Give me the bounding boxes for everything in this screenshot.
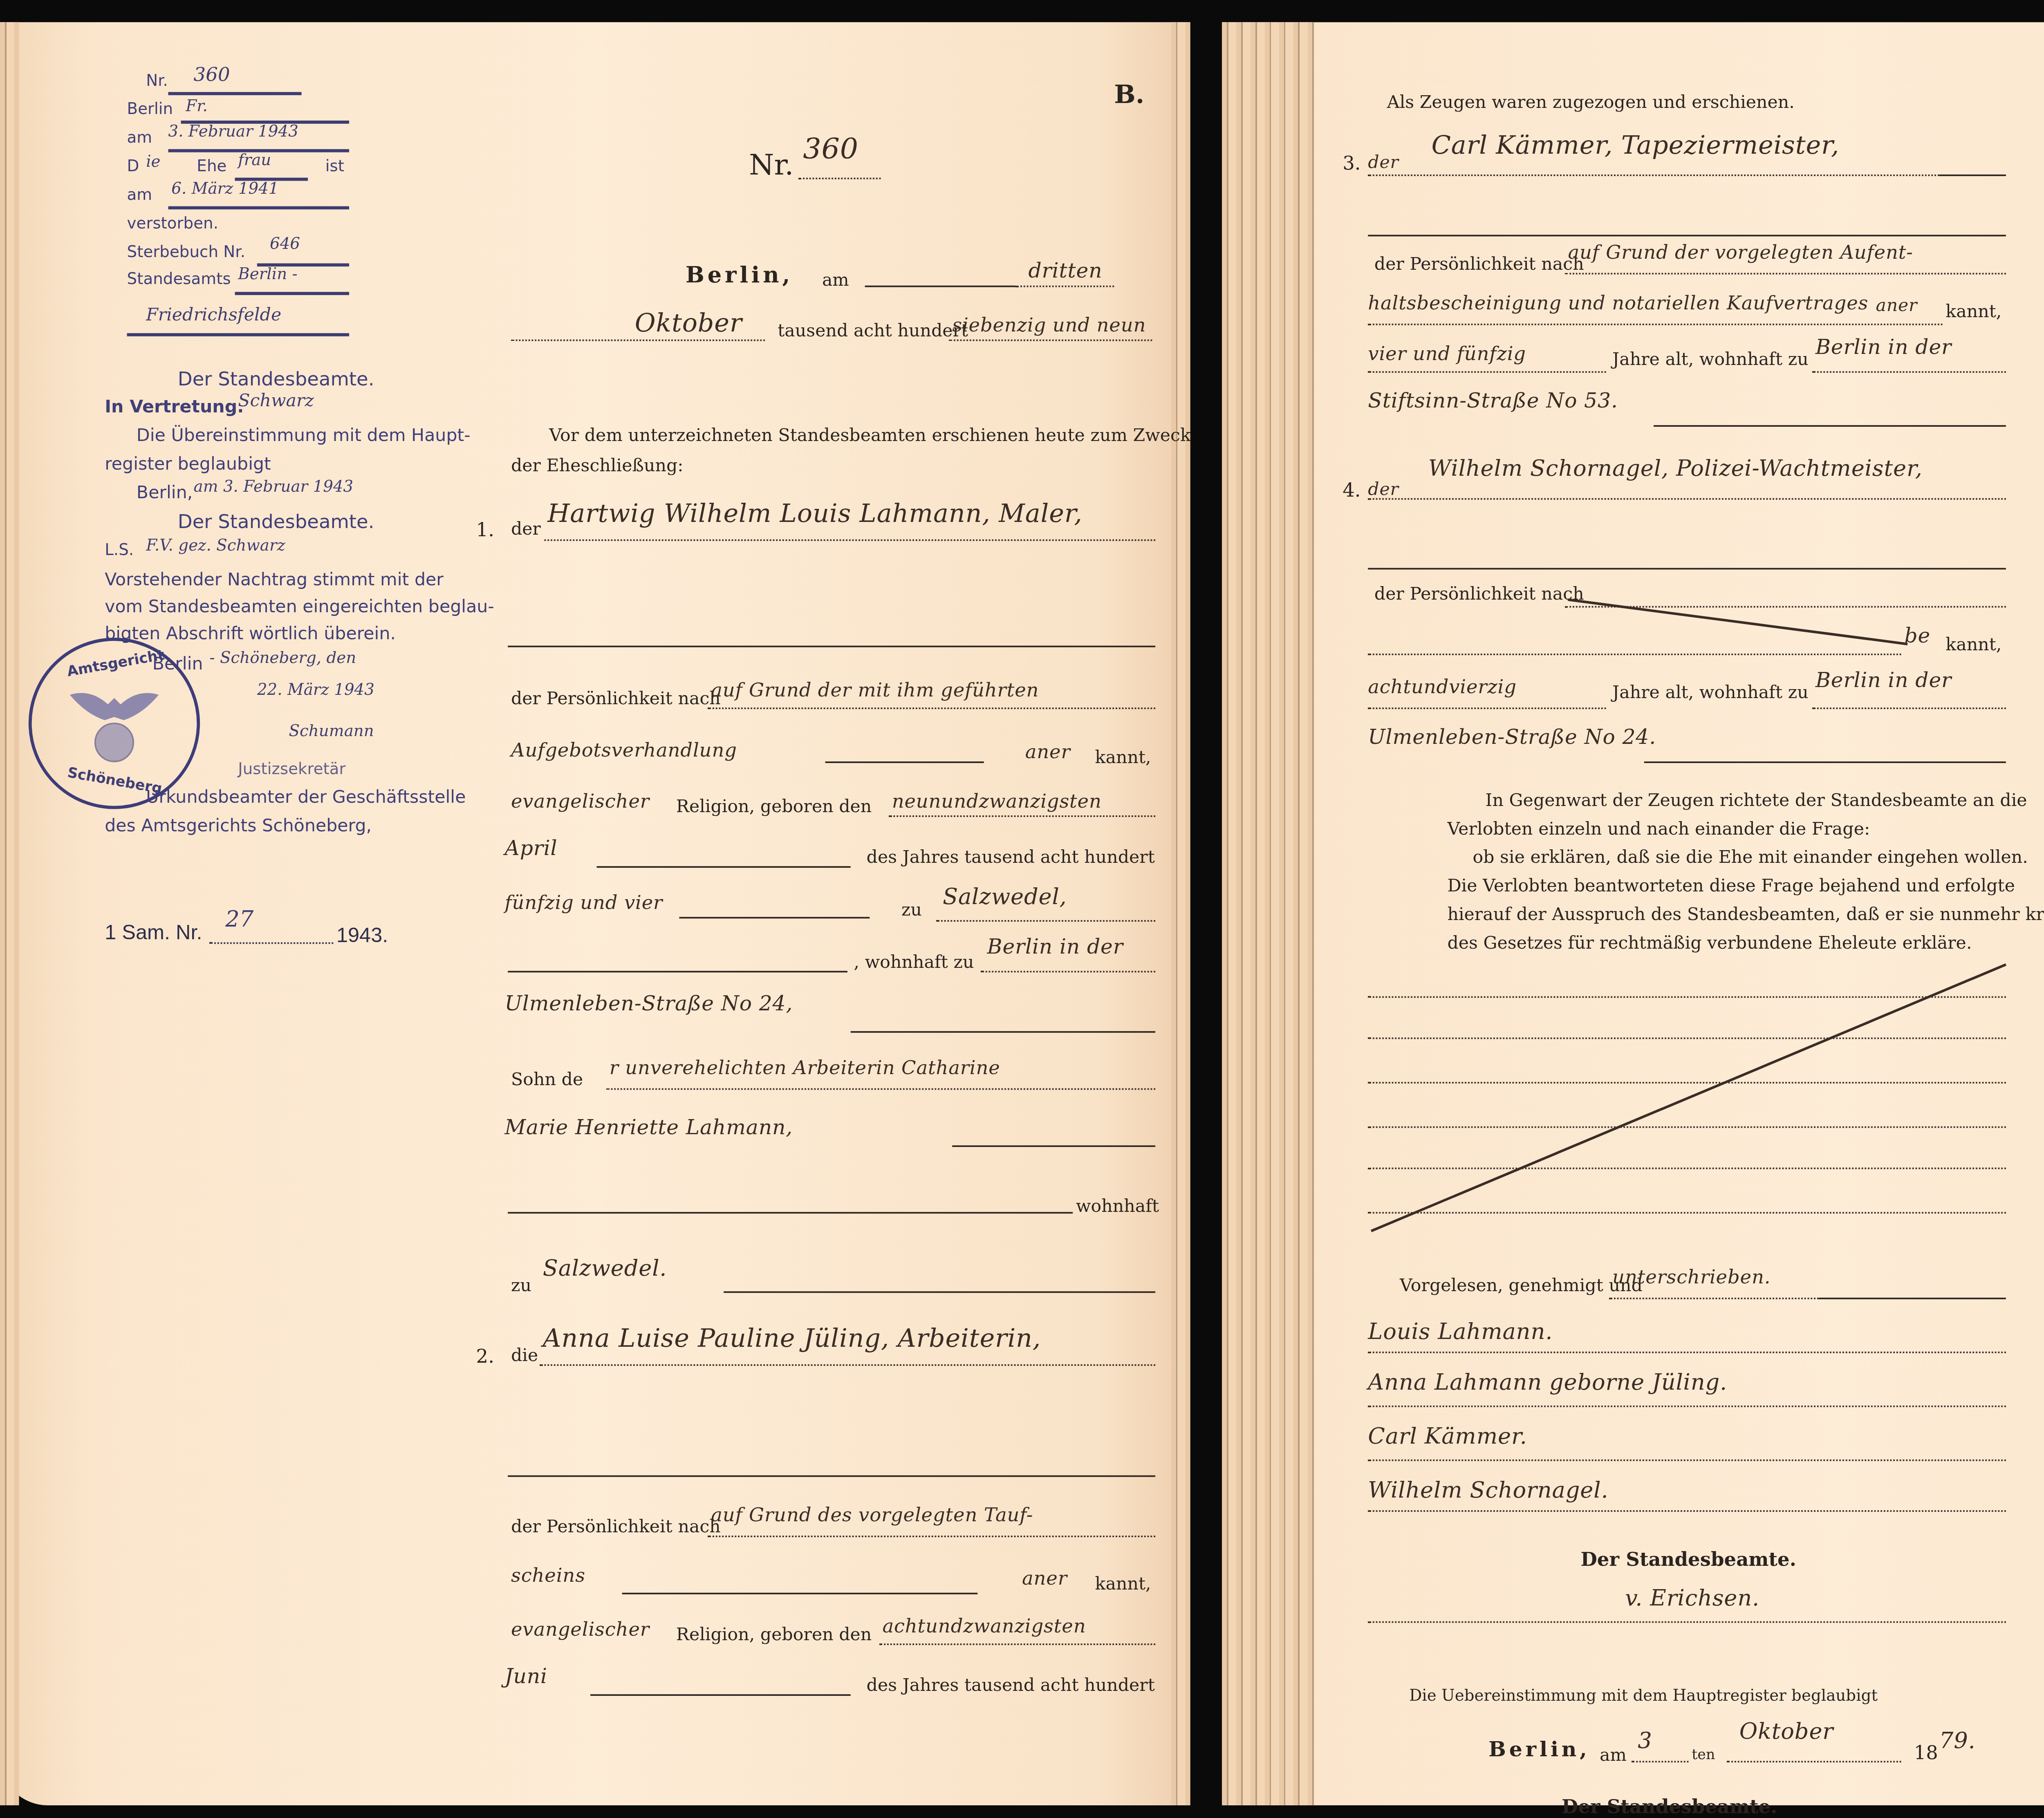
marriage-day-value: dritten xyxy=(1029,260,1103,284)
margin-ehe-label: Ehe xyxy=(197,159,226,176)
margin-nr-value: 360 xyxy=(194,63,230,85)
marriage-month-value: Oktober xyxy=(635,308,742,338)
groom-name: Hartwig Wilhelm Louis Lahmann, Maler, xyxy=(547,498,1083,528)
margin-vertretung-label: In Vertretung. xyxy=(105,396,244,417)
groom-religion-label: Religion, geboren den xyxy=(676,796,872,817)
registrar-heading-2: Der Standesbeamte. xyxy=(1562,1796,1777,1818)
margin-standesamts-district: Friedrichsfelde xyxy=(146,304,281,325)
witness-3-name: Carl Kämmer, Tapeziermeister, xyxy=(1432,130,1840,160)
groom-kannt-label: kannt, xyxy=(1095,747,1151,768)
bride-pers-value: auf Grund des vorgelegten Tauf- xyxy=(711,1504,1033,1526)
groom-pers-value2: Aufgebotsverhandlung xyxy=(511,739,737,761)
groom-parents-residence: Salzwedel. xyxy=(543,1256,667,1282)
bride-number: 2. xyxy=(476,1345,494,1367)
tausend-label: tausend acht hundert xyxy=(778,320,968,341)
bride-pers-value2: scheins xyxy=(511,1564,585,1586)
bride-kannt-prefix: aner xyxy=(1022,1567,1067,1590)
margin-nachtrag-line3: bigten Abschrift wörtlich überein. xyxy=(105,623,396,644)
margin-berlin-date-label: Berlin, xyxy=(137,482,193,503)
bride-pers-label: der Persönlichkeit nach xyxy=(511,1517,721,1537)
groom-residence-1: Berlin in der xyxy=(987,936,1123,960)
right-page-stack-edges xyxy=(1222,22,1314,1805)
left-gutter-edge xyxy=(1171,22,1190,1805)
margin-uebereinstimmung-line2: register beglaubigt xyxy=(105,454,271,474)
declaration-line2: Verlobten einzeln und nach einander die … xyxy=(1447,819,1870,839)
right-page: Als Zeugen waren zugezogen und erschiene… xyxy=(1222,22,2044,1805)
margin-die-value: ie xyxy=(146,154,160,171)
margin-vertretung-signature: Schwarz xyxy=(238,390,314,411)
vorgelesen-value: unterschrieben. xyxy=(1612,1266,1771,1288)
diagonal-strike-line xyxy=(1368,958,2012,1237)
signature-witness-4: Wilhelm Schornagel. xyxy=(1368,1478,1608,1504)
intro-line1: Vor dem unterzeichneten Standesbeamten e… xyxy=(549,425,1191,446)
left-page: Nr. 360 Berlin Fr. am 3. Februar 1943 D … xyxy=(0,22,1190,1805)
record-nr-value: 360 xyxy=(803,133,858,167)
sam-nr-year: 1943. xyxy=(336,923,388,947)
section-letter: B. xyxy=(1114,79,1144,110)
witness-4-pers-label: der Persönlichkeit nach xyxy=(1374,584,1584,604)
groom-birth-month: April xyxy=(504,837,557,861)
groom-jahres-label: des Jahres tausend acht hundert xyxy=(867,847,1155,868)
groom-birth-day: neunundzwanzigsten xyxy=(892,790,1102,812)
witness-4-jahre-label: Jahre alt, wohnhaft zu xyxy=(1612,682,1809,703)
declaration-line5: hierauf der Ausspruch des Standesbeamten… xyxy=(1447,904,2044,925)
bride-kannt-label: kannt, xyxy=(1095,1574,1151,1594)
groom-religion-value: evangelischer xyxy=(511,790,650,812)
signature-witness-3: Carl Kämmer. xyxy=(1368,1424,1527,1450)
margin-die-label: D xyxy=(127,159,139,176)
cert-berlin-label: Berlin, xyxy=(1488,1739,1590,1762)
witness-4-kannt-prefix: be xyxy=(1904,625,1930,649)
declaration-line4: Die Verlobten beantworteten diese Frage … xyxy=(1447,875,2015,896)
witness-3-pers-value2: haltsbescheinigung und notariellen Kaufv… xyxy=(1368,292,1868,314)
certification-text: Die Uebereinstimmung mit dem Hauptregist… xyxy=(1409,1688,1878,1706)
witness-3-pers-label: der Persönlichkeit nach xyxy=(1374,254,1584,274)
groom-pers-label: der Persönlichkeit nach xyxy=(511,688,721,709)
groom-parents-wohnhaft-label: wohnhaft xyxy=(1076,1196,1159,1217)
cert-month: Oktober xyxy=(1739,1719,1833,1745)
bride-religion-value: evangelischer xyxy=(511,1618,650,1640)
witness-4-number: 4. xyxy=(1342,479,1360,501)
declaration-line6: des Gesetzes für rechtmäßig verbundene E… xyxy=(1447,933,1972,953)
witness-3-number: 3. xyxy=(1342,152,1360,175)
berlin-label: Berlin, xyxy=(686,263,793,289)
cert-day: 3 xyxy=(1638,1729,1652,1755)
margin-standesbeamte-heading-2: Der Standesbeamte. xyxy=(178,511,374,533)
registrar-heading-1: Der Standesbeamte. xyxy=(1580,1548,1796,1570)
margin-am1-value: 3. Februar 1943 xyxy=(168,124,298,141)
groom-parents-zu-label: zu xyxy=(511,1276,531,1296)
cert-year-suffix: 79. xyxy=(1939,1729,1976,1755)
witness-4-age: achtundvierzig xyxy=(1368,676,1517,698)
declaration-line3: ob sie erklären, daß sie die Ehe mit ein… xyxy=(1472,847,2028,868)
court-seal-stamp: Amtsgericht Schöneberg xyxy=(29,638,200,809)
groom-birth-year: fünfzig und vier xyxy=(504,891,663,913)
sam-nr-label: 1 Sam. Nr. xyxy=(105,920,202,944)
witness-3-jahre-label: Jahre alt, wohnhaft zu xyxy=(1612,349,1809,369)
registrar-signature-1: v. Erichsen. xyxy=(1625,1586,1759,1612)
bride-birth-day: achtundzwanzigsten xyxy=(882,1615,1086,1637)
groom-residence-2: Ulmenleben-Straße No 24, xyxy=(504,993,793,1017)
margin-nachtrag-line1: Vorstehender Nachtrag stimmt mit der xyxy=(105,569,444,590)
witness-4-der: der xyxy=(1368,479,1399,499)
margin-sterbebuch-value: 646 xyxy=(270,236,300,254)
margin-sterbebuch-label: Sterbebuch Nr. xyxy=(127,244,246,262)
groom-parents-2: Marie Henriette Lahmann, xyxy=(504,1117,793,1140)
margin-berlin-date-value: am 3. Februar 1943 xyxy=(194,479,354,497)
witness-3-pers-value: auf Grund der vorgelegten Aufent- xyxy=(1568,241,1913,263)
groom-der: der xyxy=(511,519,541,539)
groom-kannt-prefix: aner xyxy=(1025,741,1071,763)
witnesses-heading: Als Zeugen waren zugezogen und erschiene… xyxy=(1387,92,1795,112)
bride-die: die xyxy=(511,1345,538,1366)
margin-schoeneberg-value: - Schöneberg, den xyxy=(209,650,356,668)
groom-number: 1. xyxy=(476,519,494,541)
declaration-line1: In Gegenwart der Zeugen richtete der Sta… xyxy=(1486,790,2027,810)
margin-standesamts-value: Berlin - xyxy=(238,266,297,284)
bride-name: Anna Luise Pauline Jüling, Arbeiterin, xyxy=(543,1323,1041,1353)
margin-standesamts-label: Standesamts xyxy=(127,271,231,289)
groom-birth-place: Salzwedel, xyxy=(943,885,1067,911)
margin-justiz-title: Justizsekretär xyxy=(238,761,345,779)
margin-am2-label: am xyxy=(127,187,152,205)
witness-4-residence-2: Ulmenleben-Straße No 24. xyxy=(1368,727,1656,750)
bride-birth-month: Juni xyxy=(504,1666,547,1689)
witness-3-kannt-label: kannt, xyxy=(1945,301,2001,322)
margin-am1-label: am xyxy=(127,130,152,148)
strike-through-line xyxy=(1565,596,1914,650)
cert-ten-label: ten xyxy=(1692,1748,1715,1764)
intro-line2: der Eheschließung: xyxy=(511,455,684,476)
witness-3-residence-2: Stiftsinn-Straße No 53. xyxy=(1368,390,1618,414)
cert-am-label: am xyxy=(1600,1745,1627,1765)
cert-year-prefix: 18 xyxy=(1914,1742,1938,1764)
margin-berlin-value: Fr. xyxy=(186,99,208,116)
signature-bride: Anna Lahmann geborne Jüling. xyxy=(1368,1370,1727,1396)
am-label: am xyxy=(822,270,849,290)
record-nr-label: Nr. xyxy=(749,149,793,183)
eagle-emblem-icon xyxy=(67,682,162,771)
margin-uebereinstimmung-line1: Die Übereinstimmung mit dem Haupt- xyxy=(137,425,471,446)
margin-nr-label: Nr. xyxy=(146,73,168,91)
bride-religion-label: Religion, geboren den xyxy=(676,1624,872,1645)
signature-groom: Louis Lahmann. xyxy=(1368,1320,1553,1345)
margin-verstorben: verstorben. xyxy=(127,216,218,233)
sam-nr-value: 27 xyxy=(225,907,253,933)
groom-parents-1: r unverehelichten Arbeiterin Catharine xyxy=(610,1057,1000,1079)
margin-urkunds-line1: Urkundsbeamter der Geschäftsstelle xyxy=(146,787,466,807)
groom-sohn-label: Sohn de xyxy=(511,1069,583,1090)
witness-3-residence-1: Berlin in der xyxy=(1815,336,1952,360)
marriage-year-value: siebenzig und neun xyxy=(952,314,1146,336)
witness-4-name: Wilhelm Schornagel, Polizei-Wachtmeister… xyxy=(1428,457,1923,482)
margin-standesbeamte-heading-1: Der Standesbeamte. xyxy=(178,368,374,390)
witness-3-kannt-prefix: aner xyxy=(1876,295,1918,316)
seal-top-text: Amtsgericht xyxy=(66,648,166,681)
margin-ehe-value: frau xyxy=(238,152,271,170)
margin-urkunds-line2: des Amtsgerichts Schöneberg, xyxy=(105,815,372,836)
margin-ist-label: ist xyxy=(325,159,344,176)
margin-berlin-label: Berlin xyxy=(127,101,173,119)
witness-4-kannt-label: kannt, xyxy=(1945,635,2001,655)
bride-jahres-label: des Jahres tausend acht hundert xyxy=(867,1675,1155,1696)
margin-am2-value: 6. März 1941 xyxy=(171,181,278,198)
book-scan: Nr. 360 Berlin Fr. am 3. Februar 1943 D … xyxy=(0,0,2044,1818)
margin-schoeneberg-date: 22. März 1943 xyxy=(257,682,374,700)
witness-3-age: vier und fünfzig xyxy=(1368,343,1526,365)
margin-ls-signature: F.V. gez. Schwarz xyxy=(146,538,285,555)
margin-clerk-signature: Schumann xyxy=(289,723,374,741)
vorgelesen-label: Vorgelesen, genehmigt und xyxy=(1400,1276,1643,1296)
margin-nachtrag-line2: vom Standesbeamten eingereichten beglau- xyxy=(105,596,494,617)
left-page-edge xyxy=(0,22,19,1805)
groom-zu-label: zu xyxy=(901,900,922,920)
groom-pers-value: auf Grund der mit ihm geführten xyxy=(711,679,1039,701)
margin-ls-label: L.S. xyxy=(105,542,134,560)
witness-4-residence-1: Berlin in der xyxy=(1815,669,1952,693)
witness-3-der: der xyxy=(1368,152,1399,173)
groom-wohnhaft-label: , wohnhaft zu xyxy=(854,952,974,972)
